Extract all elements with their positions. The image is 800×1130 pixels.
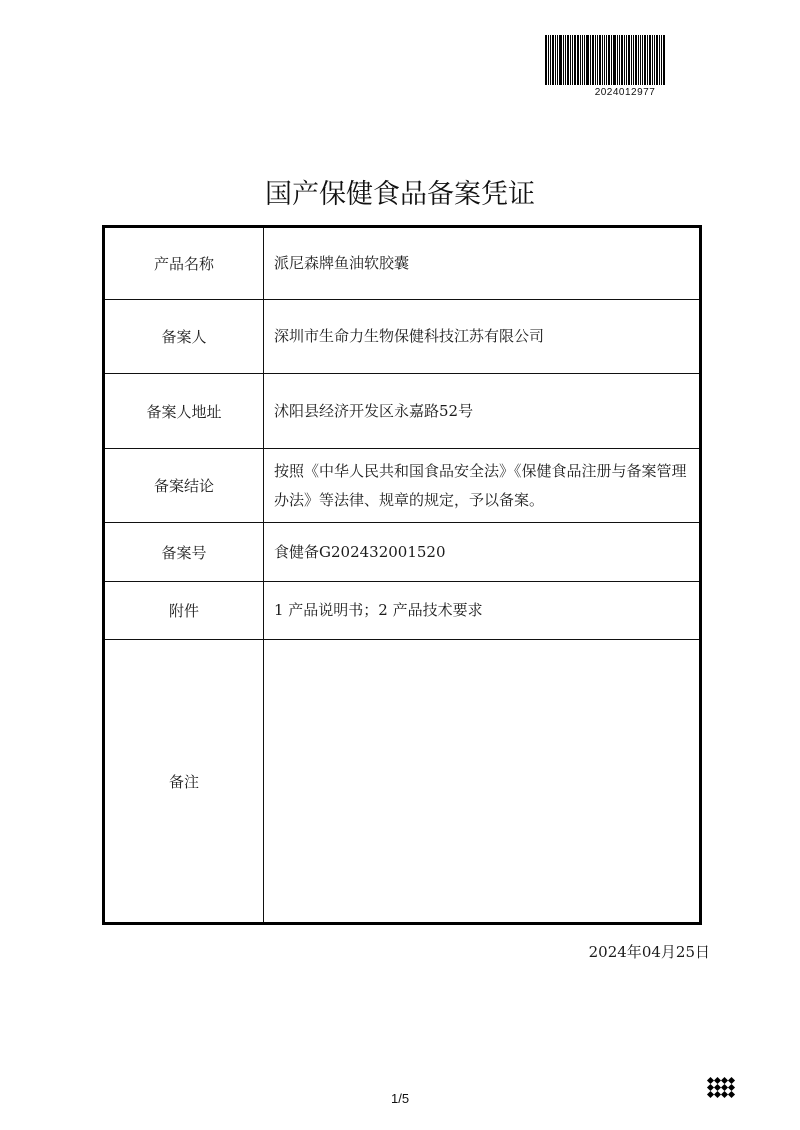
row-value: 按照《中华人民共和国食品安全法》《保健食品注册与备案管理办法》等法律、规章的规定… — [264, 449, 701, 523]
row-value: 1 产品说明书；2 产品技术要求 — [264, 582, 701, 640]
dot-grid-icon — [708, 1078, 736, 1100]
row-label: 备案结论 — [104, 449, 264, 523]
table-row-filer: 备案人 深圳市生命力生物保健科技江苏有限公司 — [104, 300, 701, 374]
table-row-conclusion: 备案结论 按照《中华人民共和国食品安全法》《保健食品注册与备案管理办法》等法律、… — [104, 449, 701, 523]
row-value — [264, 640, 701, 924]
table-row-remarks: 备注 — [104, 640, 701, 924]
row-label: 备案人地址 — [104, 374, 264, 449]
row-label: 备注 — [104, 640, 264, 924]
table-row-attachments: 附件 1 产品说明书；2 产品技术要求 — [104, 582, 701, 640]
page-indicator: 1/5 — [391, 1091, 409, 1106]
barcode-bars — [545, 35, 705, 85]
barcode: 2024012977 — [545, 35, 705, 103]
row-value: 食健备G202432001520 — [264, 523, 701, 582]
row-value: 派尼森牌鱼油软胶囊 — [264, 227, 701, 300]
table-row-filer-address: 备案人地址 沭阳县经济开发区永嘉路52号 — [104, 374, 701, 449]
row-label: 产品名称 — [104, 227, 264, 300]
issue-date: 2024年04月25日 — [589, 941, 710, 962]
row-label: 备案人 — [104, 300, 264, 374]
row-label: 备案号 — [104, 523, 264, 582]
certificate-table: 产品名称 派尼森牌鱼油软胶囊 备案人 深圳市生命力生物保健科技江苏有限公司 备案… — [102, 225, 702, 925]
page-title: 国产保健食品备案凭证 — [0, 172, 800, 211]
table-row-filing-number: 备案号 食健备G202432001520 — [104, 523, 701, 582]
row-value: 沭阳县经济开发区永嘉路52号 — [264, 374, 701, 449]
row-value: 深圳市生命力生物保健科技江苏有限公司 — [264, 300, 701, 374]
table-row-product-name: 产品名称 派尼森牌鱼油软胶囊 — [104, 227, 701, 300]
barcode-number: 2024012977 — [545, 87, 705, 98]
row-label: 附件 — [104, 582, 264, 640]
